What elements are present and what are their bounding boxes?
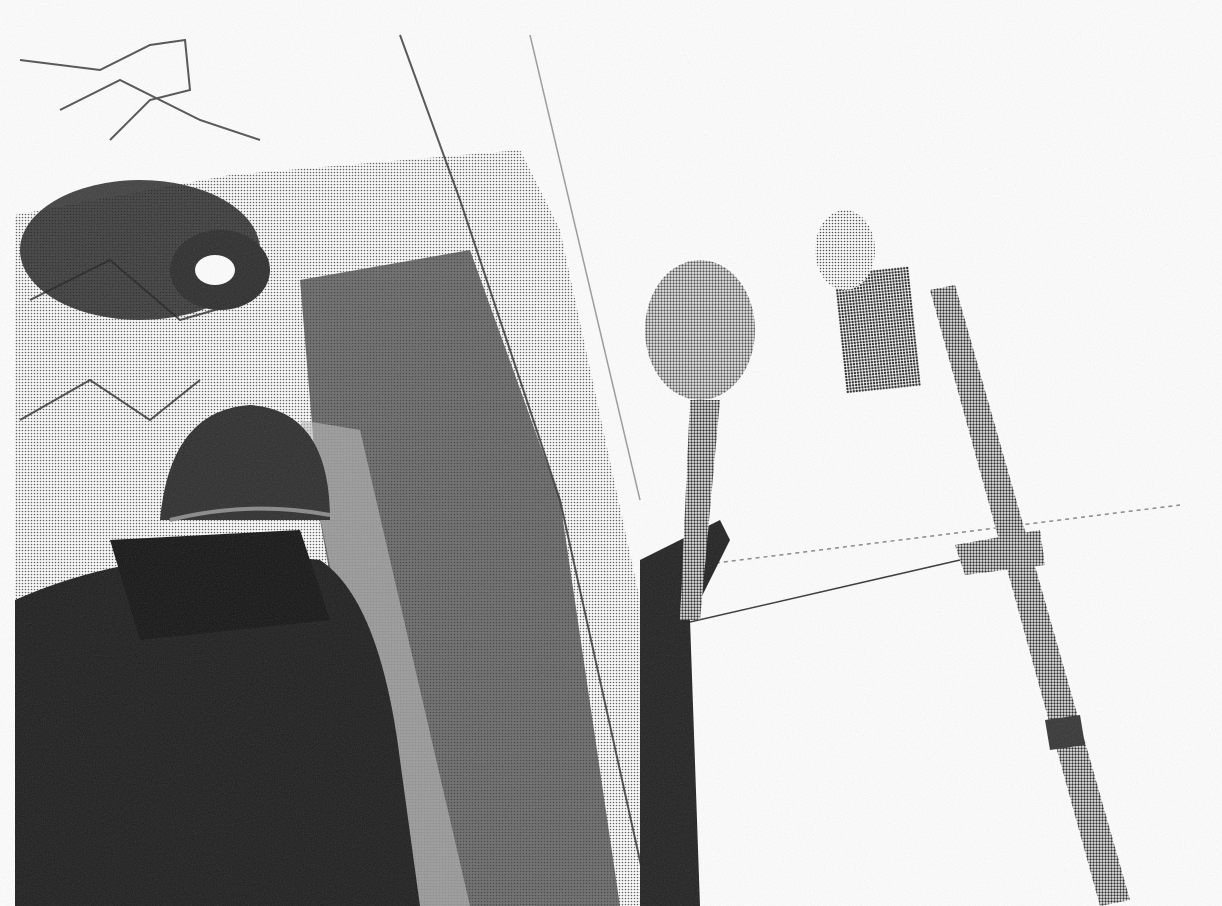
photo-scene bbox=[0, 0, 1222, 906]
photograph: Grainy black-and-white halftone photogra… bbox=[0, 0, 1222, 906]
